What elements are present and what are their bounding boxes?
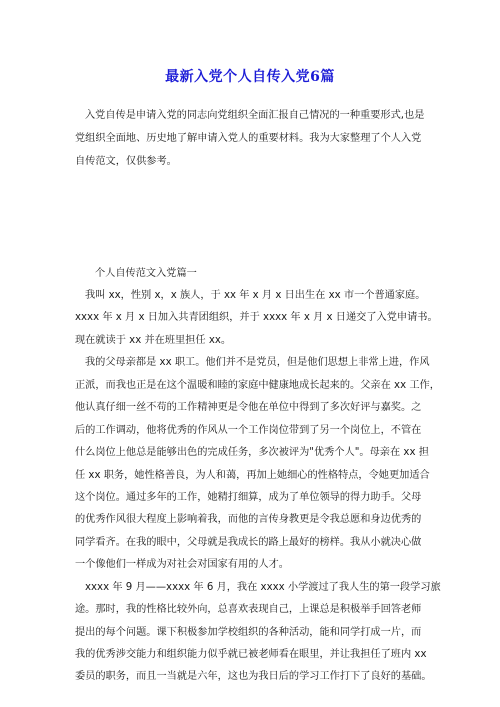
intro-paragraph: 入党自传是申请入党的同志向党组织全面汇报自己情况的一种重要形式,也是 党组织全面… — [75, 104, 430, 174]
body-line: 现在就读于 xx 并在班里担任 xx。 — [75, 330, 435, 352]
body-line: 正派，而我也正是在这个温暖和睦的家庭中健康地成长起来的。父亲在 xx 工作， — [75, 375, 435, 397]
document-page: 最新入党个人自传入党6篇 入党自传是申请入党的同志向党组织全面汇报自己情况的一种… — [0, 0, 500, 707]
body-line: 委员的职务，而且一当就是六年，这也为我日后的学习工作打下了良好的基础。 — [75, 666, 435, 688]
body-line: 途。那时，我的性格比较外向，总喜欢表现自己，上课总是积极举手回答老师 — [75, 599, 435, 621]
body-line: 我叫 xx，性别 x，x 族人，于 xx 年 x 月 x 日出生在 xx 市一个… — [75, 285, 435, 307]
document-title: 最新入党个人自传入党6篇 — [0, 66, 500, 86]
body-line: 一个像他们一样成为对社会对国家有用的人才。 — [75, 554, 435, 576]
body-line: 我的优秀涉交能力和组织能力似乎就已被老师看在眼里，并让我担任了班内 xx — [75, 644, 435, 666]
body-line: 提出的每个问题。课下积极参加学校组织的各种活动，能和同学打成一片，而 — [75, 622, 435, 644]
body-line: xxxx 年 x 月 x 日加入共青团组织，并于 xxxx 年 x 月 x 日递… — [75, 307, 435, 329]
body-line: 这个岗位。通过多年的工作，她精打细算，成为了单位领导的得力助手。父母 — [75, 487, 435, 509]
body-line: xxxx 年 9 月——xxxx 年 6 月，我在 xxxx 小学渡过了我人生的… — [75, 577, 435, 599]
body-line: 什么岗位上他总是能够出色的完成任务，多次被评为"优秀个人"。母亲在 xx 担 — [75, 442, 435, 464]
body-text: 我叫 xx，性别 x，x 族人，于 xx 年 x 月 x 日出生在 xx 市一个… — [75, 285, 435, 689]
body-line: 的优秀作风很大程度上影响着我，而他的言传身教更是令我总愿和身边优秀的 — [75, 509, 435, 531]
body-line: 后的工作调动，他将优秀的作风从一个工作岗位带到了另一个岗位上，不管在 — [75, 420, 435, 442]
body-line: 他认真仔细一丝不苟的工作精神更是令他在单位中得到了多次好评与嘉奖。之 — [75, 397, 435, 419]
intro-line: 入党自传是申请入党的同志向党组织全面汇报自己情况的一种重要形式,也是 — [75, 104, 430, 127]
intro-line: 党组织全面地、历史地了解申请入党人的重要材料。我为大家整理了个人入党 — [75, 127, 430, 150]
body-line: 同学看齐。在我的眼中，父母就是我成长的路上最好的榜样。我从小就决心做 — [75, 532, 435, 554]
body-line: 任 xx 职务，她性格善良，为人和蔼，再加上她细心的性格特点，令她更加适合 — [75, 465, 435, 487]
section-heading: 个人自传范文入党篇一 — [95, 267, 197, 281]
body-line: 我的父母亲都是 xx 职工。他们并不是党员，但是他们思想上非常上进，作风 — [75, 352, 435, 374]
intro-line: 自传范文，仅供参考。 — [75, 150, 430, 173]
